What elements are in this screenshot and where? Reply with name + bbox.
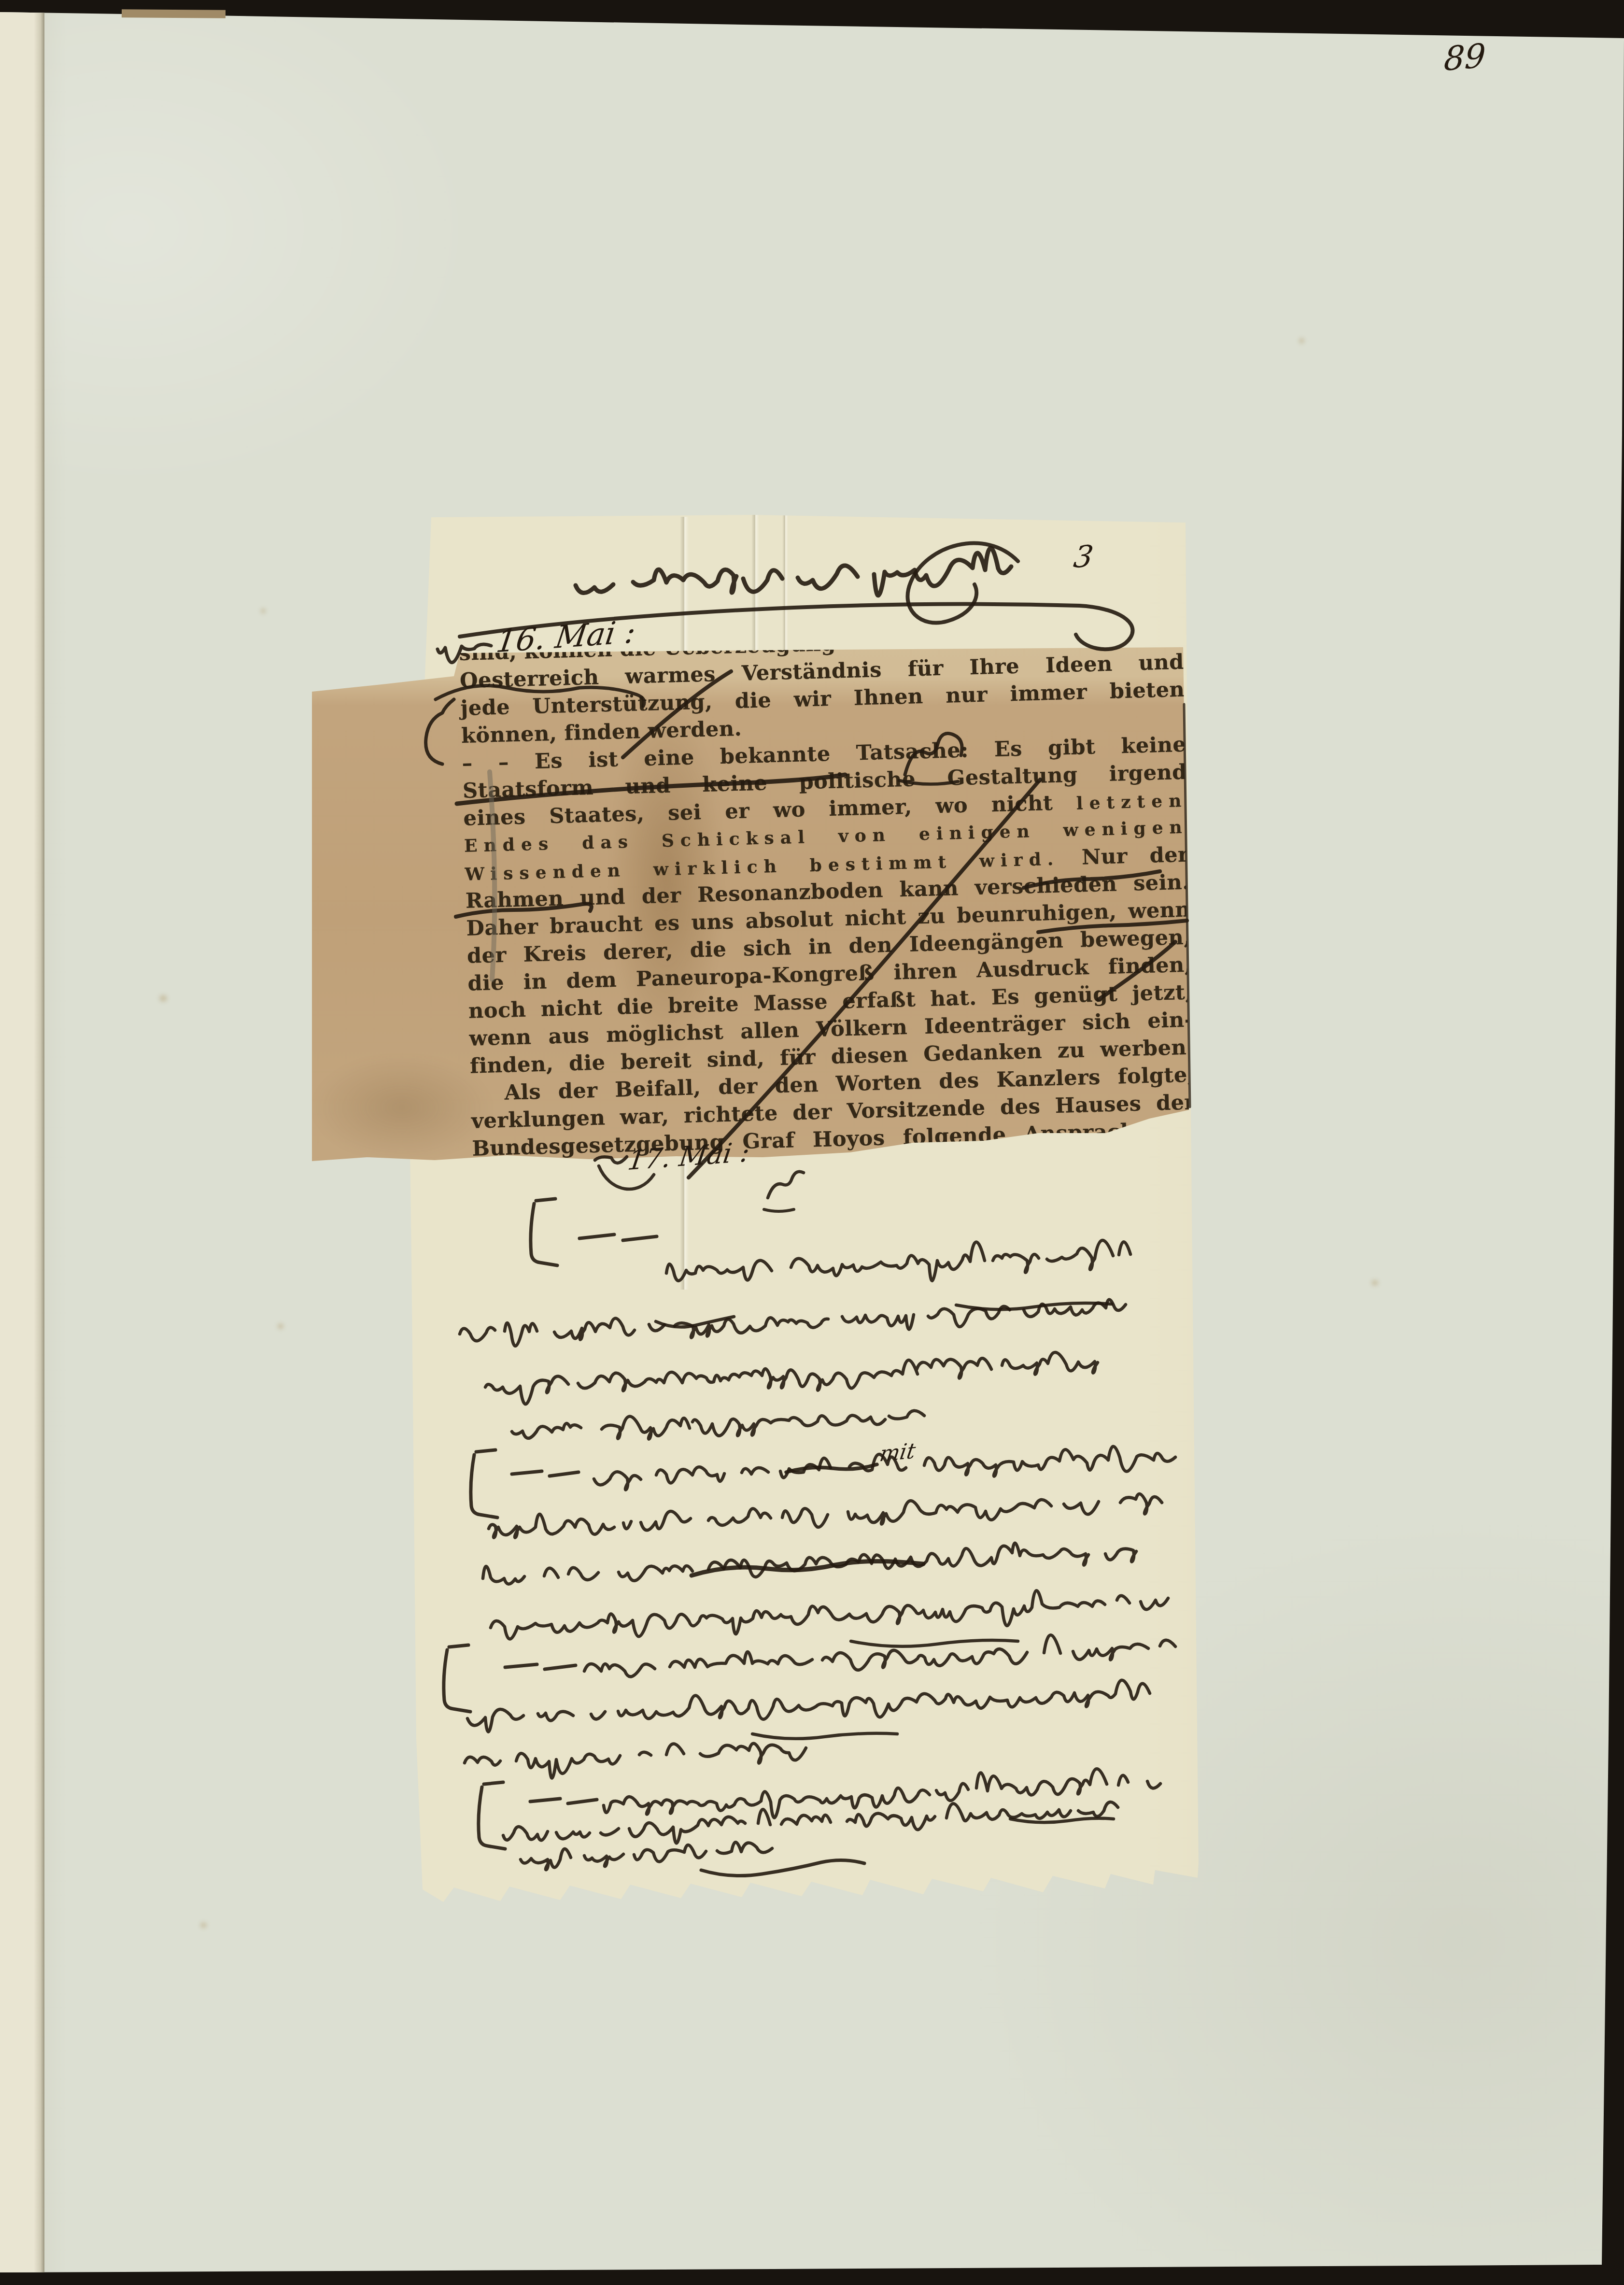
foxing-spot — [1299, 338, 1304, 343]
folio-number: 89 — [1443, 37, 1486, 79]
foxing-spot — [278, 1323, 283, 1329]
scanned-album-page: sind, können die UeberzeugungOesterreich… — [0, 0, 1624, 2285]
clipping-text: Nur der — [1059, 843, 1189, 870]
foxing-spot — [159, 995, 167, 1002]
spine-edge-sliver — [122, 9, 226, 18]
emphasized-spaced-text: letzten — [1076, 791, 1187, 814]
inserted-word-mit: mit — [878, 1438, 917, 1466]
foxing-spot — [261, 609, 266, 613]
clipping-text-column: sind, können die UeberzeugungOesterreich… — [459, 621, 1199, 1163]
foxing-spot — [200, 1922, 207, 1928]
foxing-spot — [1371, 1280, 1378, 1286]
previous-page-edge — [0, 12, 44, 2272]
